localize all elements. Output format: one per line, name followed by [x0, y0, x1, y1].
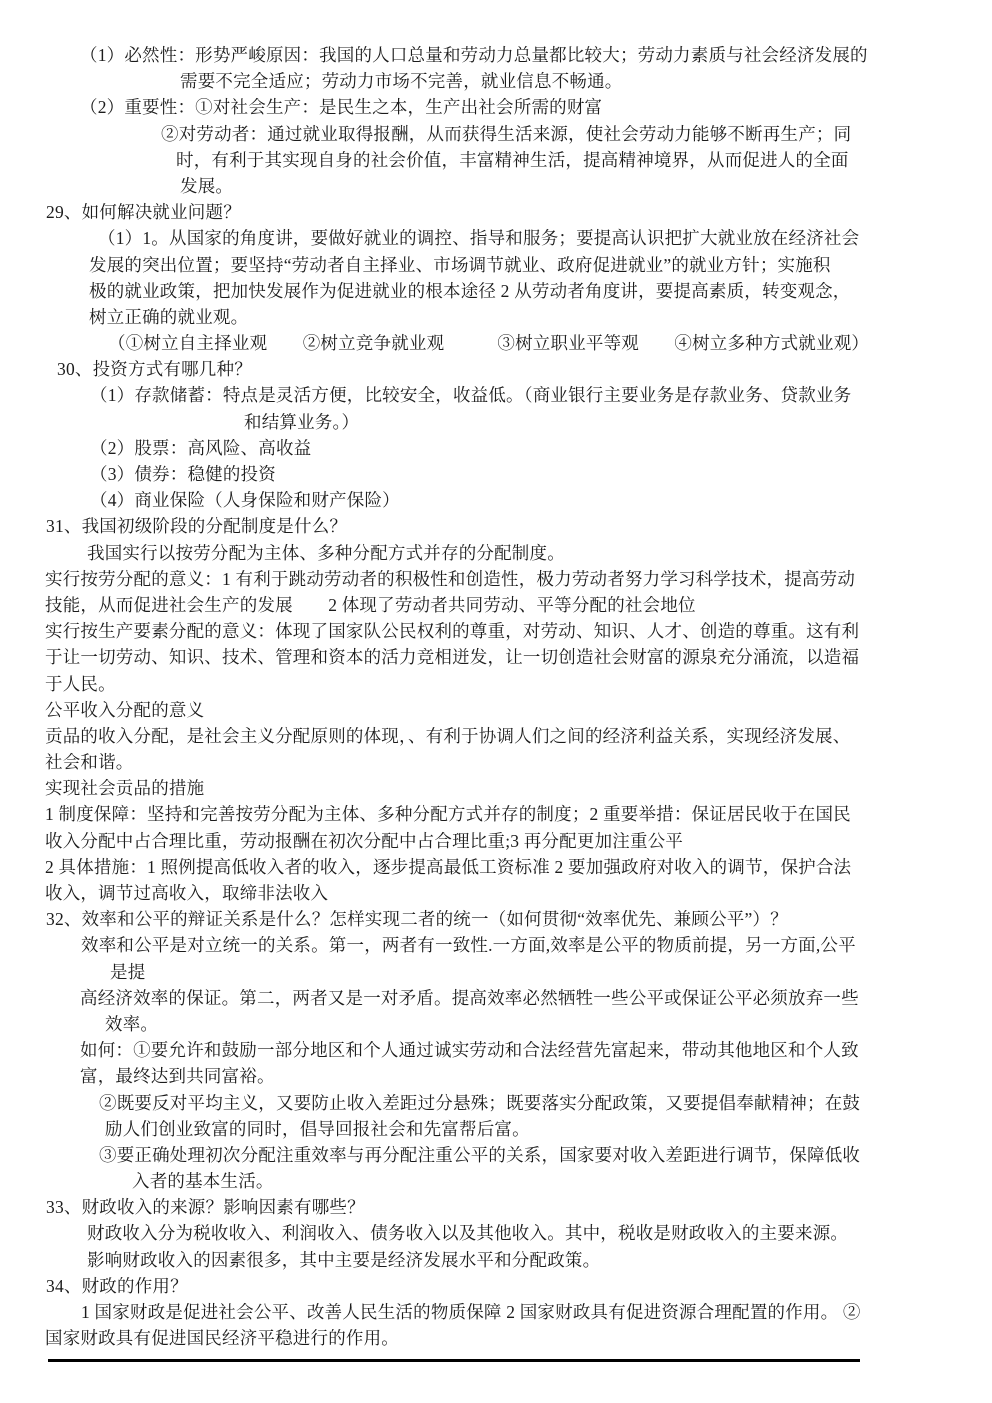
text-line: （①树立自主择业观 ②树立竞争就业观 ③树立职业平等观 ④树立多种方式就业观） — [0, 330, 992, 356]
text-line: ②对劳动者：通过就业取得报酬，从而获得生活来源，使社会劳动力能够不断再生产；同 — [0, 121, 992, 147]
text-line: 31、我国初级阶段的分配制度是什么？ — [0, 513, 992, 539]
text-line: 32、效率和公平的辩证关系是什么？怎样实现二者的统一（如何贯彻“效率优先、兼顾公… — [0, 906, 992, 932]
text-line: 励人们创业致富的同时，倡导回报社会和先富帮后富。 — [0, 1116, 992, 1142]
text-line: 社会和谐。 — [0, 749, 992, 775]
text-line: 技能，从而促进社会生产的发展 2 体现了劳动者共同劳动、平等分配的社会地位 — [0, 592, 992, 618]
text-line: 于让一切劳动、知识、技术、管理和资本的活力竞相迸发，让一切创造社会财富的源泉充分… — [0, 644, 992, 670]
text-line: 于人民。 — [0, 671, 992, 697]
text-line: （2）股票：高风险、高收益 — [0, 435, 992, 461]
document-page: （1）必然性：形势严峻原因：我国的人口总量和劳动力总量都比较大；劳动力素质与社会… — [0, 0, 992, 1403]
text-line: 发展的突出位置；要坚持“劳动者自主择业、市场调节就业、政府促进就业”的就业方针；… — [0, 252, 992, 278]
text-line: 财政收入分为税收收入、利润收入、债务收入以及其他收入。其中，税收是财政收入的主要… — [0, 1220, 992, 1246]
text-line: 富，最终达到共同富裕。 — [0, 1063, 992, 1089]
text-line: 收入分配中占合理比重，劳动报酬在初次分配中占合理比重;3 再分配更加注重公平 — [0, 828, 992, 854]
text-line: （2）重要性：①对社会生产：是民生之本，生产出社会所需的财富 — [0, 94, 992, 120]
text-line: 树立正确的就业观。 — [0, 304, 992, 330]
text-line: （1）存款储蓄：特点是灵活方便，比较安全，收益低。（商业银行主要业务是存款业务、… — [0, 382, 992, 408]
text-line: 实行按劳分配的意义：1 有利于跳动劳动者的积极性和创造性，极力劳动者努力学习科学… — [0, 566, 992, 592]
text-line: 公平收入分配的意义 — [0, 697, 992, 723]
text-line: 国家财政具有促进国民经济平稳进行的作用。 — [0, 1325, 992, 1351]
text-line: 1 国家财政是促进社会公平、改善人民生活的物质保障 2 国家财政具有促进资源合理… — [0, 1299, 992, 1325]
text-line: （4）商业保险（人身保险和财产保险） — [0, 487, 992, 513]
text-line: 收入，调节过高收入，取缔非法收入 — [0, 880, 992, 906]
footnote-separator — [48, 1359, 860, 1362]
text-line: 1 制度保障：坚持和完善按劳分配为主体、多种分配方式并存的制度；2 重要举措：保… — [0, 801, 992, 827]
text-line: 实行按生产要素分配的意义：体现了国家队公民权利的尊重，对劳动、知识、人才、创造的… — [0, 618, 992, 644]
text-line: ③要正确处理初次分配注重效率与再分配注重公平的关系，国家要对收入差距进行调节，保… — [0, 1142, 992, 1168]
text-line: 入者的基本生活。 — [0, 1168, 992, 1194]
text-line: 影响财政收入的因素很多，其中主要是经济发展水平和分配政策。 — [0, 1247, 992, 1273]
text-line: 如何：①要允许和鼓励一部分地区和个人通过诚实劳动和合法经营先富起来，带动其他地区… — [0, 1037, 992, 1063]
text-line: 极的就业政策，把加快发展作为促进就业的根本途径 2 从劳动者角度讲，要提高素质，… — [0, 278, 992, 304]
text-line: 33、财政收入的来源？影响因素有哪些？ — [0, 1194, 992, 1220]
text-line: 需要不完全适应；劳动力市场不完善，就业信息不畅通。 — [0, 68, 992, 94]
text-line: 2 具体措施：1 照例提高低收入者的收入，逐步提高最低工资标准 2 要加强政府对… — [0, 854, 992, 880]
text-line: 时，有利于其实现自身的社会价值，丰富精神生活，提高精神境界，从而促进人的全面 — [0, 147, 992, 173]
text-line: 29、如何解决就业问题？ — [0, 199, 992, 225]
text-line: （1）1。从国家的角度讲，要做好就业的调控、指导和服务；要提高认识把扩大就业放在… — [0, 225, 992, 251]
text-line: （3）债券：稳健的投资 — [0, 461, 992, 487]
text-line: 我国实行以按劳分配为主体、多种分配方式并存的分配制度。 — [0, 540, 992, 566]
text-line: 发展。 — [0, 173, 992, 199]
text-line: （1）必然性：形势严峻原因：我国的人口总量和劳动力总量都比较大；劳动力素质与社会… — [0, 42, 992, 68]
text-line: 贡品的收入分配，是社会主义分配原则的体现，、有利于协调人们之间的经济利益关系，实… — [0, 723, 992, 749]
text-line: 实现社会贡品的措施 — [0, 775, 992, 801]
document-body: （1）必然性：形势严峻原因：我国的人口总量和劳动力总量都比较大；劳动力素质与社会… — [0, 42, 992, 1351]
text-line: ②既要反对平均主义，又要防止收入差距过分悬殊；既要落实分配政策，又要提倡奉献精神… — [0, 1090, 992, 1116]
text-line: 高经济效率的保证。第二，两者又是一对矛盾。提高效率必然牺牲一些公平或保证公平必须… — [0, 985, 992, 1011]
text-line: 34、财政的作用？ — [0, 1273, 992, 1299]
text-line: 是提 — [0, 959, 992, 985]
text-line: 和结算业务。） — [0, 409, 992, 435]
text-line: 效率。 — [0, 1011, 992, 1037]
text-line: 效率和公平是对立统一的关系。第一，两者有一致性.一方面,效率是公平的物质前提，另… — [0, 932, 992, 958]
text-line: 30、投资方式有哪几种？ — [0, 356, 992, 382]
